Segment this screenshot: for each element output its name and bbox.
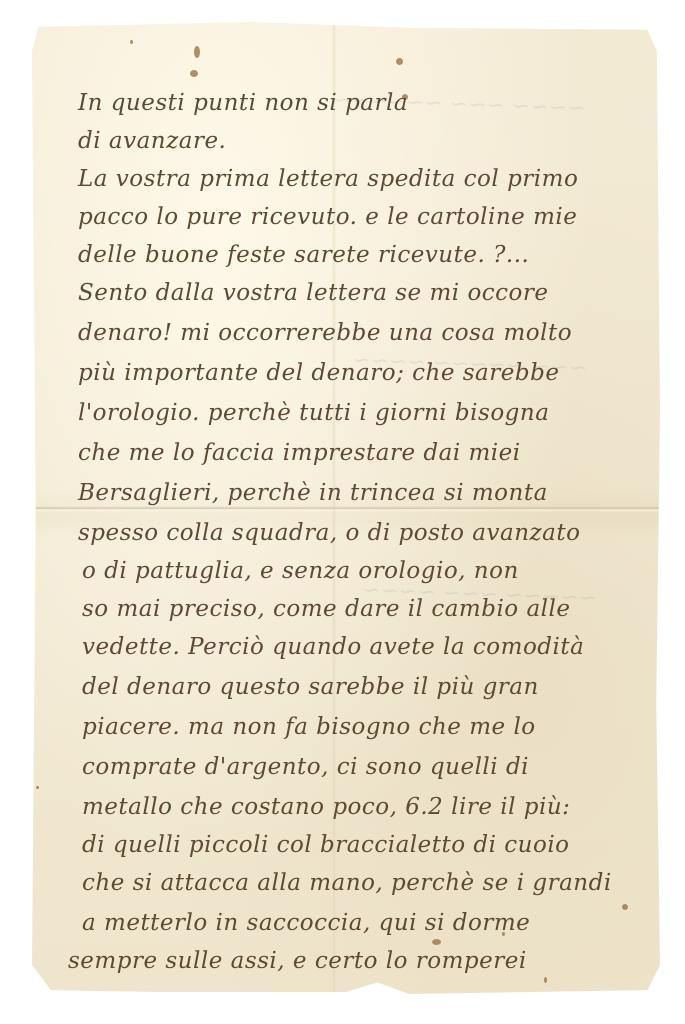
stain-spot bbox=[622, 904, 628, 910]
stain-spot bbox=[432, 939, 441, 945]
letter-line: che me lo faccia imprestare dai miei bbox=[78, 440, 521, 466]
letter-line: comprate d'argento, ci sono quelli di bbox=[82, 754, 529, 780]
stain-spot bbox=[194, 46, 200, 58]
stain-spot bbox=[130, 40, 133, 44]
letter-line: o di pattuglia, e senza orologio, non bbox=[82, 558, 519, 584]
letter-line: sempre sulle assi, e certo lo romperei bbox=[68, 948, 527, 974]
letter-line: del denaro questo sarebbe il più gran bbox=[82, 674, 539, 700]
letter-line: a metterlo in saccoccia, qui si dorme bbox=[82, 910, 530, 936]
letter-line: di quelli piccoli col braccialetto di cu… bbox=[82, 832, 570, 858]
letter-line: denaro! mi occorrerebbe una cosa molto bbox=[78, 320, 572, 346]
letter-line: spesso colla squadra, o di posto avanzat… bbox=[78, 520, 580, 546]
letter-line: metallo che costano poco, 6.2 lire il pi… bbox=[82, 794, 570, 820]
horizontal-fold-crease bbox=[32, 506, 660, 512]
letter-line: presto. bbox=[164, 988, 249, 1014]
letter-line: Sento dalla vostra lettera se mi occore bbox=[78, 280, 549, 306]
letter-line: più importante del denaro; che sarebbe bbox=[78, 360, 559, 386]
letter-line: piacere. ma non fa bisogno che me lo bbox=[82, 714, 536, 740]
stain-spot bbox=[544, 977, 547, 983]
letter-line: vedette. Perciò quando avete la comodità bbox=[82, 634, 584, 660]
letter-line: In questi punti non si parla bbox=[78, 90, 408, 116]
letter-line: che si attacca alla mano, perchè se i gr… bbox=[82, 870, 612, 896]
letter-line: pacco lo pure ricevuto. e le cartoline m… bbox=[78, 204, 577, 230]
letter-line: delle buone feste sarete ricevute. ?... bbox=[78, 242, 529, 268]
letter-line: Bersaglieri, perchè in trincea si monta bbox=[78, 480, 548, 506]
letter-line: La vostra prima lettera spedita col prim… bbox=[78, 166, 578, 192]
stain-spot bbox=[190, 70, 198, 77]
stain-spot bbox=[396, 58, 403, 65]
letter-paper: ~~~~ ~~~ ~~~~~~ ~~~ ~~~~~ ~~~~ ~~~~~ ~~~… bbox=[32, 22, 660, 994]
letter-line: di avanzare. bbox=[78, 128, 226, 154]
letter-line: l'orologio. perchè tutti i giorni bisogn… bbox=[78, 400, 549, 426]
letter-line: so mai preciso, come dare il cambio alle bbox=[82, 596, 571, 622]
stain-spot bbox=[36, 786, 39, 789]
scanned-page: ~~~~ ~~~ ~~~~~~ ~~~ ~~~~~ ~~~~ ~~~~~ ~~~… bbox=[0, 0, 685, 1024]
